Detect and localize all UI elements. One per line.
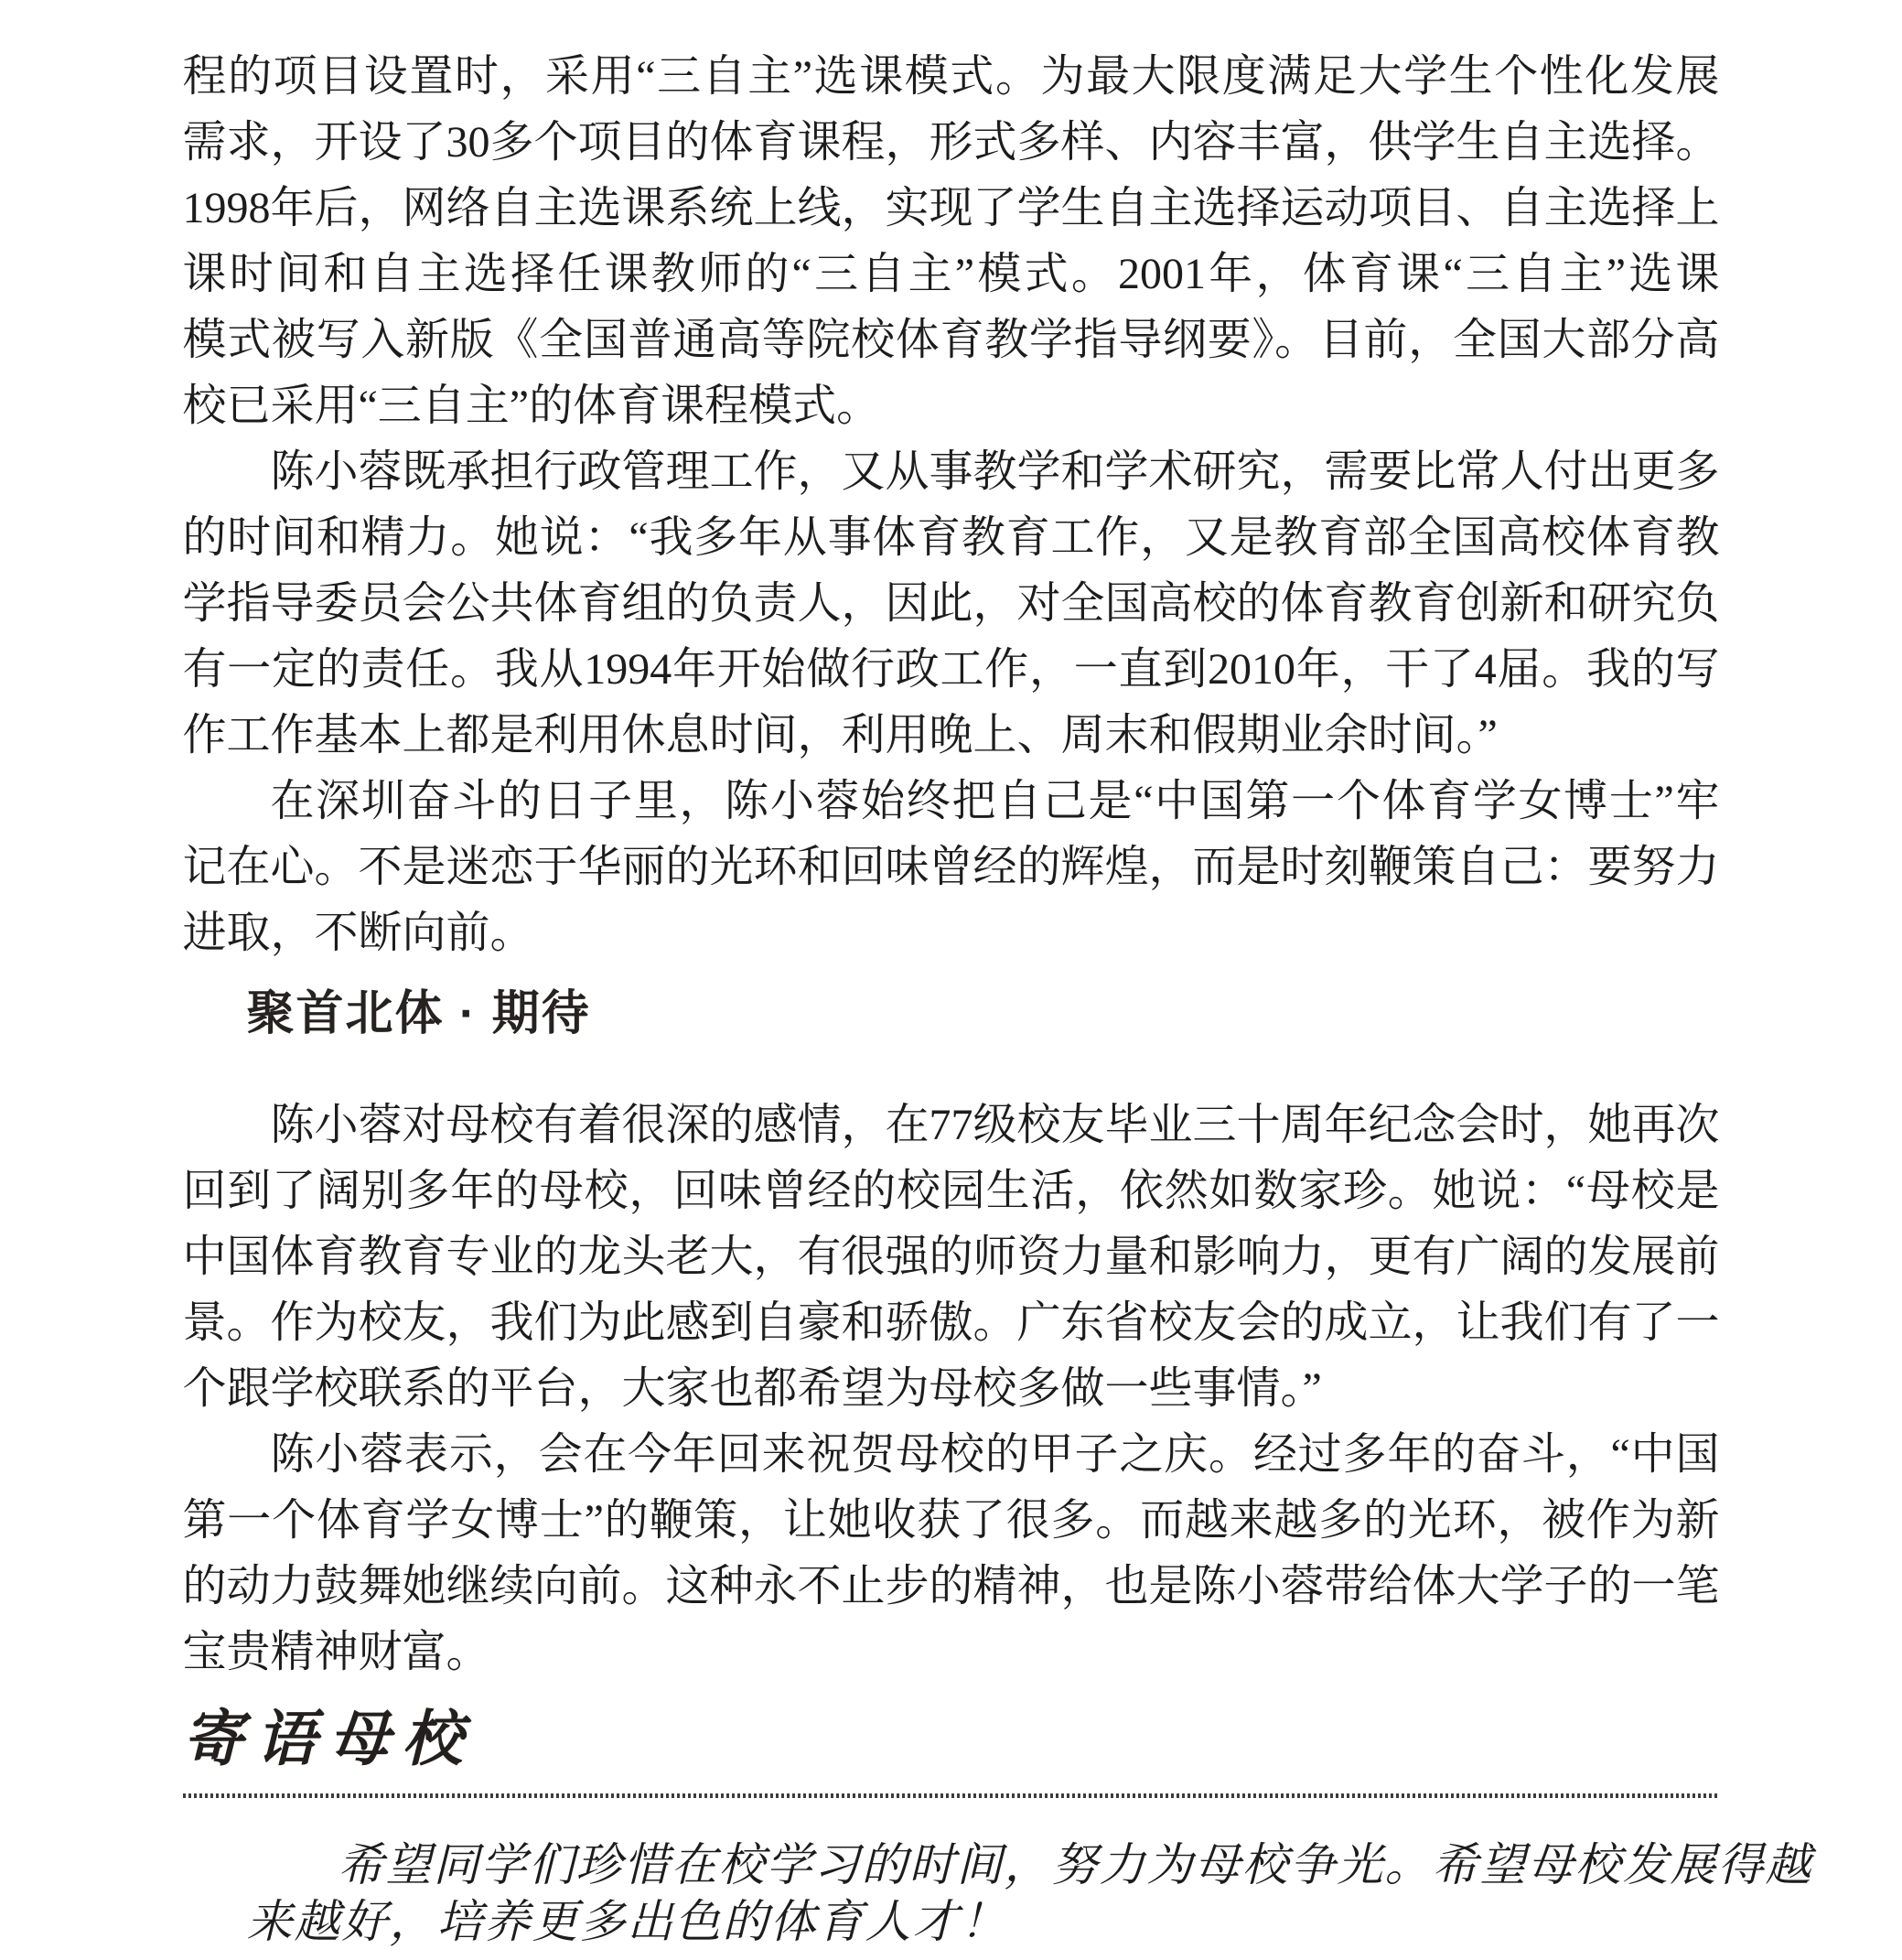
- section-heading: 聚首北体 · 期待: [247, 986, 1720, 1041]
- body-paragraph: 程的项目设置时，采用“三自主”选课模式。为最大限度满足大学生个性化发展需求，开设…: [183, 44, 1720, 439]
- text-line: 课时间和自主选择任课教师的“三自主”模式。2001年，体育课“三自主”选课: [183, 242, 1720, 307]
- text-line: 校已采用“三自主”的体育课程模式。: [183, 373, 1720, 439]
- text-line: 模式被写入新版《全国普通高等院校体育教学指导纲要》。目前，全国大部分高: [183, 307, 1720, 373]
- text-line: 回到了阔别多年的母校，回味曾经的校园生活，依然如数家珍。她说：“母校是: [183, 1158, 1720, 1224]
- text-line: 陈小蓉表示，会在今年回来祝贺母校的甲子之庆。经过多年的奋斗，“中国: [183, 1422, 1720, 1488]
- text-line: 宝贵精神财富。: [183, 1620, 1720, 1685]
- text-line: 学指导委员会公共体育组的负责人，因此，对全国高校的体育教育创新和研究负: [183, 571, 1720, 637]
- text-line: 第一个体育学女博士”的鞭策，让她收获了很多。而越来越多的光环，被作为新: [183, 1488, 1720, 1554]
- text-line: 希望同学们珍惜在校学习的时间，努力为母校争光。希望母校发展得越: [247, 1836, 1720, 1893]
- body-paragraph: 陈小蓉表示，会在今年回来祝贺母校的甲子之庆。经过多年的奋斗，“中国第一个体育学女…: [183, 1422, 1720, 1685]
- text-line: 的动力鼓舞她继续向前。这种永不止步的精神，也是陈小蓉带给体大学子的一笔: [183, 1554, 1720, 1620]
- document-content: 程的项目设置时，采用“三自主”选课模式。为最大限度满足大学生个性化发展需求，开设…: [183, 0, 1720, 1950]
- text-line: 在深圳奋斗的日子里，陈小蓉始终把自己是“中国第一个体育学女博士”牢: [183, 769, 1720, 835]
- text-line: 需求，开设了30多个项目的体育课程，形式多样、内容丰富，供学生自主选择。: [183, 110, 1720, 176]
- book-page: 程的项目设置时，采用“三自主”选课模式。为最大限度满足大学生个性化发展需求，开设…: [0, 0, 1902, 1960]
- text-line: 1998年后，网络自主选课系统上线，实现了学生自主选择运动项目、自主选择上: [183, 176, 1720, 242]
- body-paragraph: 陈小蓉既承担行政管理工作，又从事教学和学术研究，需要比常人付出更多的时间和精力。…: [183, 439, 1720, 769]
- text-line: 中国体育教育专业的龙头老大，有很强的师资力量和影响力，更有广阔的发展前: [183, 1224, 1720, 1290]
- text-line: 景。作为校友，我们为此感到自豪和骄傲。广东省校友会的成立，让我们有了一: [183, 1290, 1720, 1356]
- quote-paragraph: 希望同学们珍惜在校学习的时间，努力为母校争光。希望母校发展得越来越好，培养更多出…: [247, 1836, 1720, 1950]
- text-line: 的时间和精力。她说：“我多年从事体育教育工作，又是教育部全国高校体育教: [183, 505, 1720, 571]
- text-line: 作工作基本上都是利用休息时间，利用晚上、周末和假期业余时间。”: [183, 703, 1720, 769]
- text-line: 有一定的责任。我从1994年开始做行政工作，一直到2010年，干了4届。我的写: [183, 637, 1720, 703]
- body-paragraph: 陈小蓉对母校有着很深的感情，在77级校友毕业三十周年纪念会时，她再次回到了阔别多…: [183, 1093, 1720, 1422]
- text-line: 来越好，培养更多出色的体育人才！: [247, 1893, 1720, 1950]
- text-line: 记在心。不是迷恋于华丽的光环和回味曾经的辉煌，而是时刻鞭策自己：要努力: [183, 835, 1720, 900]
- text-line: 陈小蓉既承担行政管理工作，又从事教学和学术研究，需要比常人付出更多: [183, 439, 1720, 505]
- text-line: 进取，不断向前。: [183, 900, 1720, 966]
- text-line: 陈小蓉对母校有着很深的感情，在77级校友毕业三十周年纪念会时，她再次: [183, 1093, 1720, 1158]
- dotted-divider: [183, 1793, 1720, 1798]
- text-line: 程的项目设置时，采用“三自主”选课模式。为最大限度满足大学生个性化发展: [183, 44, 1720, 110]
- text-line: 个跟学校联系的平台，大家也都希望为母校多做一些事情。”: [183, 1356, 1720, 1422]
- calligraphy-heading: 寄语母校: [183, 1707, 1720, 1773]
- body-paragraph: 在深圳奋斗的日子里，陈小蓉始终把自己是“中国第一个体育学女博士”牢记在心。不是迷…: [183, 769, 1720, 966]
